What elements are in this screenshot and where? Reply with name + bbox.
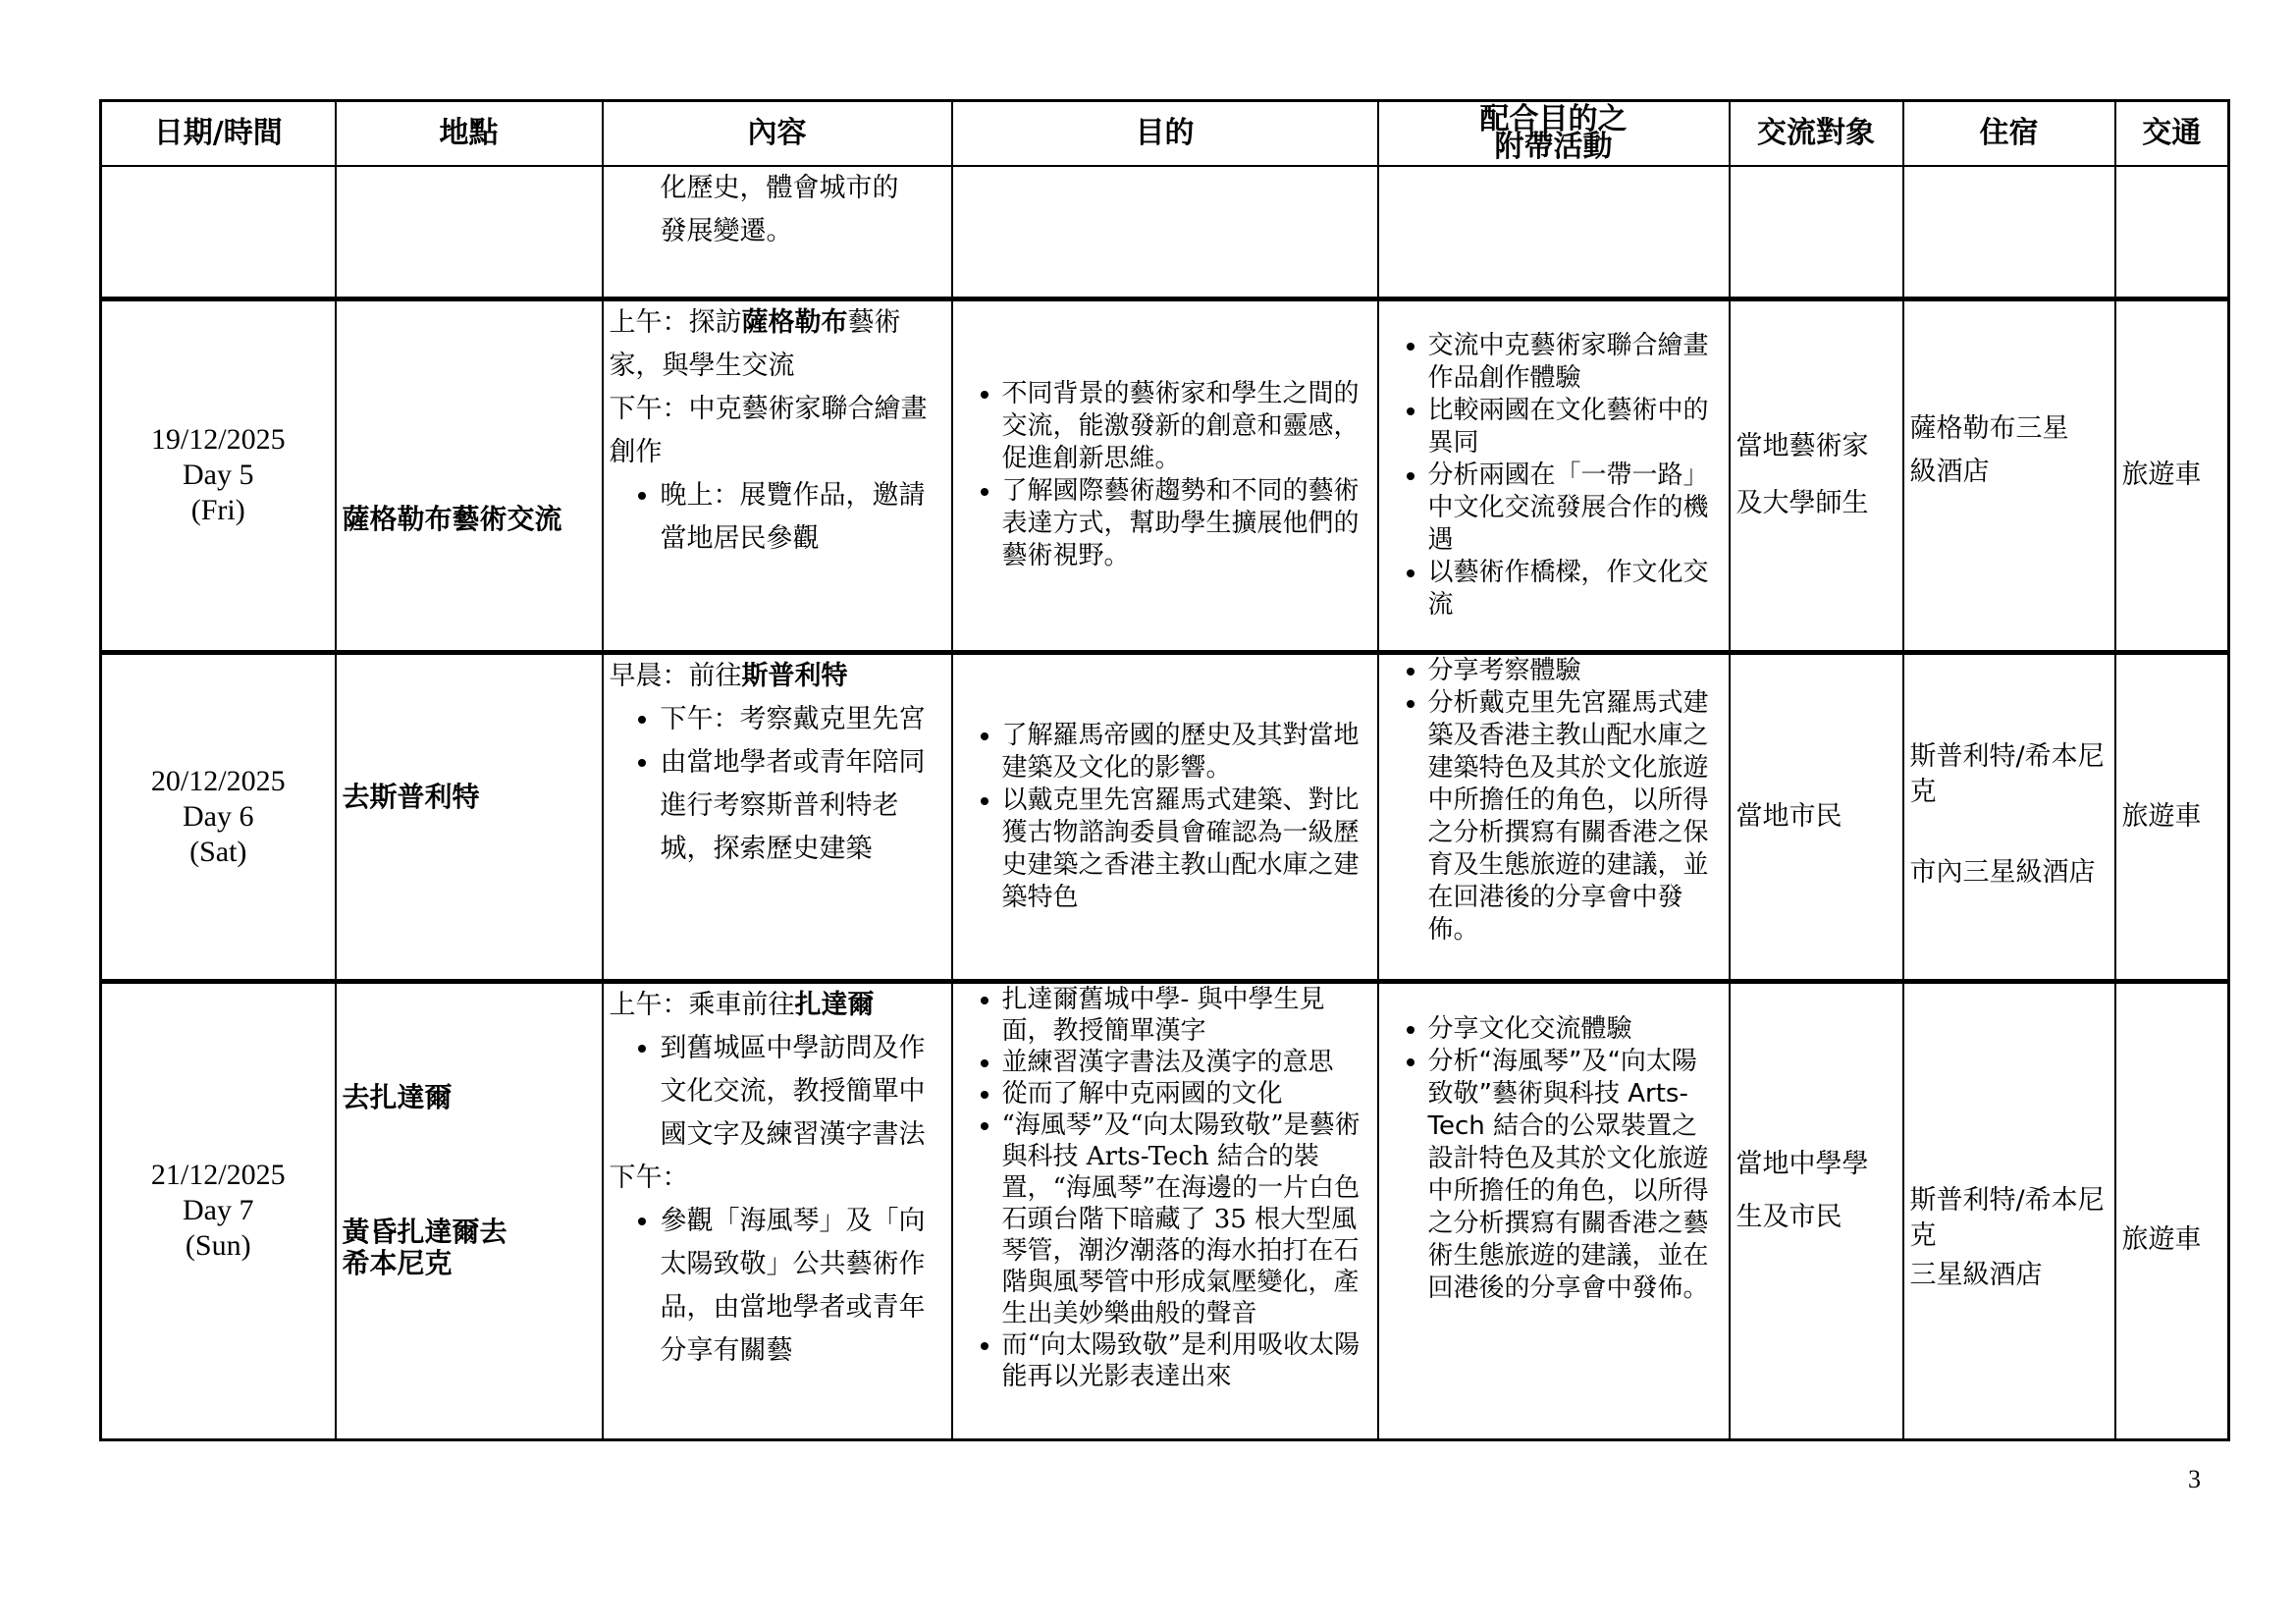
list-item: 到舊城區中學訪問及作文化交流，教授簡單中國文字及練習漢字書法 [661,1027,945,1157]
date-cell: 20/12/2025 Day 6 (Sat) [101,652,336,981]
list-item: 分析“海風琴”及“向太陽致敬”藝術與科技 Arts-Tech 結合的公眾裝置之設… [1428,1046,1723,1305]
cell-empty [1730,166,1903,298]
cell-empty [101,166,336,298]
header-purpose: 目的 [952,101,1378,167]
content-bullets: 晚上：展覽作品，邀請當地居民參觀 [610,474,945,561]
activities-cell: 分享考察體驗 分析戴克里先宮羅馬式建築及香港主教山配水庫之建築特色及其於文化旅遊… [1378,652,1730,981]
document-page: 日期/時間 地點 內容 目的 配合目的之 附帶活動 交流對象 住宿 交通 化歷史… [0,0,2296,1624]
continued-content-line: 發展變遷。 [661,210,945,253]
purpose-cell: 不同背景的藝術家和學生之間的交流，能激發新的創意和靈感，促進創新思維。 了解國際… [952,298,1378,652]
activities-list: 分享考察體驗 分析戴克里先宮羅馬式建築及香港主教山配水庫之建築特色及其於文化旅遊… [1385,655,1723,947]
cell-empty [336,166,603,298]
date-cell: 21/12/2025 Day 7 (Sun) [101,981,336,1439]
purpose-list: 扎達爾舊城中學- 與中學生見面，教授簡單漢字 並練習漢字書法及漢字的意思 從而了… [959,984,1371,1392]
list-item: 晚上：展覽作品，邀請當地居民參觀 [661,474,945,561]
header-row: 日期/時間 地點 內容 目的 配合目的之 附帶活動 交流對象 住宿 交通 [101,101,2229,167]
page-number: 3 [2188,1465,2201,1494]
header-exchange-target: 交流對象 [1730,101,1903,167]
day-label: Day 6 [108,799,329,835]
afternoon-line: 下午： [610,1157,945,1200]
weekday: (Fri) [108,493,329,528]
cell-empty [1378,166,1730,298]
list-item: 不同背景的藝術家和學生之間的交流，能激發新的創意和靈感，促進創新思維。 [1002,378,1371,475]
date-cell: 19/12/2025 Day 5 (Fri) [101,298,336,652]
header-transport: 交通 [2115,101,2229,167]
cell-empty [952,166,1378,298]
header-date: 日期/時間 [101,101,336,167]
continued-row: 化歷史，體會城市的 發展變遷。 [101,166,2229,298]
location-cell: 去扎達爾 黃昏扎達爾去希本尼克 [336,981,603,1439]
morning-line: 上午：乘車前往扎達爾 [610,984,945,1027]
list-item: 以戴克里先宮羅馬式建築、對比獲古物諮詢委員會確認為一級歷史建築之香港主教山配水庫… [1002,785,1371,914]
exchange-target-cell: 當地藝術家 及大學師生 [1730,298,1903,652]
header-location: 地點 [336,101,603,167]
accommodation-cell: 斯普利特/希本尼克 三星級酒店 [1903,981,2115,1439]
cell-empty [1903,166,2115,298]
activities-cell: 分享文化交流體驗 分析“海風琴”及“向太陽致敬”藝術與科技 Arts-Tech … [1378,981,1730,1439]
list-item: 分享考察體驗 [1428,655,1723,687]
exchange-target-cell: 當地中學學 生及市民 [1730,981,1903,1439]
table-row-day6: 20/12/2025 Day 6 (Sat) 去斯普利特 早晨：前往斯普利特 下… [101,652,2229,981]
location: 薩格勒布藝術交流 [343,504,596,535]
list-item: 了解國際藝術趨勢和不同的藝術表達方式，幫助學生擴展他們的藝術視野。 [1002,475,1371,572]
list-item: 以藝術作橋樑，作文化交流 [1428,557,1723,622]
date: 19/12/2025 [108,422,329,458]
location-cell: 去斯普利特 [336,652,603,981]
header-activities: 配合目的之 附帶活動 [1378,101,1730,167]
location: 黃昏扎達爾去希本尼克 [343,1217,529,1279]
list-item: 從而了解中克兩國的文化 [1002,1078,1371,1110]
list-item: 比較兩國在文化藝術中的異同 [1428,395,1723,460]
location: 去斯普利特 [343,782,596,813]
list-item: 了解羅馬帝國的歷史及其對當地建築及文化的影響。 [1002,720,1371,785]
header-content: 內容 [603,101,952,167]
cell-empty [2115,166,2229,298]
city-name: 斯普利特 [742,661,848,691]
purpose-list: 不同背景的藝術家和學生之間的交流，能激發新的創意和靈感，促進創新思維。 了解國際… [959,378,1371,572]
content-bullets: 下午：考察戴克里先宮 由當地學者或青年陪同進行考察斯普利特老城，探索歷史建築 [610,698,945,871]
list-item: 下午：考察戴克里先宮 [661,698,945,741]
list-item: 參觀「海風琴」及「向太陽致敬」公共藝術作品，由當地學者或青年分享有關藝 [661,1200,945,1373]
purpose-cell: 扎達爾舊城中學- 與中學生見面，教授簡單漢字 並練習漢字書法及漢字的意思 從而了… [952,981,1378,1439]
list-item: 分析兩國在「一帶一路」中文化交流發展合作的機遇 [1428,460,1723,557]
activities-cell: 交流中克藝術家聯合繪畫作品創作體驗 比較兩國在文化藝術中的異同 分析兩國在「一帶… [1378,298,1730,652]
date: 20/12/2025 [108,764,329,799]
list-item: 並練習漢字書法及漢字的意思 [1002,1047,1371,1078]
header-accommodation: 住宿 [1903,101,2115,167]
day-label: Day 5 [108,458,329,493]
date: 21/12/2025 [108,1158,329,1193]
accommodation-cell: 薩格勒布三星 級酒店 [1903,298,2115,652]
purpose-cell: 了解羅馬帝國的歷史及其對當地建築及文化的影響。 以戴克里先宮羅馬式建築、對比獲古… [952,652,1378,981]
activities-list: 交流中克藝術家聯合繪畫作品創作體驗 比較兩國在文化藝術中的異同 分析兩國在「一帶… [1385,330,1723,622]
continued-content-line: 化歷史，體會城市的 [661,167,945,210]
morning-line: 早晨：前往斯普利特 [610,655,945,698]
transport-cell: 旅遊車 [2115,981,2229,1439]
itinerary-table: 日期/時間 地點 內容 目的 配合目的之 附帶活動 交流對象 住宿 交通 化歷史… [99,99,2230,1441]
content-bullets: 參觀「海風琴」及「向太陽致敬」公共藝術作品，由當地學者或青年分享有關藝 [610,1200,945,1373]
list-item: 扎達爾舊城中學- 與中學生見面，教授簡單漢字 [1002,984,1371,1047]
day-label: Day 7 [108,1193,329,1228]
location-cell: 薩格勒布藝術交流 [336,298,603,652]
content-cell: 上午：探訪薩格勒布藝術家，與學生交流 下午：中克藝術家聯合繪畫創作 晚上：展覽作… [603,298,952,652]
content-bullets: 到舊城區中學訪問及作文化交流，教授簡單中國文字及練習漢字書法 [610,1027,945,1157]
content-cell: 早晨：前往斯普利特 下午：考察戴克里先宮 由當地學者或青年陪同進行考察斯普利特老… [603,652,952,981]
purpose-list: 了解羅馬帝國的歷史及其對當地建築及文化的影響。 以戴克里先宮羅馬式建築、對比獲古… [959,720,1371,914]
weekday: (Sun) [108,1228,329,1264]
accommodation-cell: 斯普利特/希本尼克 市內三星級酒店 [1903,652,2115,981]
exchange-target-cell: 當地市民 [1730,652,1903,981]
morning-line: 上午：探訪薩格勒布藝術家，與學生交流 [610,301,945,388]
activities-list: 分享文化交流體驗 分析“海風琴”及“向太陽致敬”藝術與科技 Arts-Tech … [1385,1013,1723,1305]
location: 去扎達爾 [343,1082,596,1113]
list-item: 分享文化交流體驗 [1428,1013,1723,1046]
continued-content-cell: 化歷史，體會城市的 發展變遷。 [603,166,952,298]
transport-cell: 旅遊車 [2115,652,2229,981]
list-item: 分析戴克里先宮羅馬式建築及香港主教山配水庫之建築特色及其於文化旅遊中所擔任的角色… [1428,687,1723,947]
city-name: 扎達爾 [795,990,875,1020]
table-row-day5: 19/12/2025 Day 5 (Fri) 薩格勒布藝術交流 上午：探訪薩格勒… [101,298,2229,652]
afternoon-line: 下午：中克藝術家聯合繪畫創作 [610,388,945,474]
city-name: 薩格勒布 [742,307,848,338]
list-item: 交流中克藝術家聯合繪畫作品創作體驗 [1428,330,1723,395]
weekday: (Sat) [108,835,329,870]
header-activities-line2: 附帶活動 [1385,134,1723,161]
transport-cell: 旅遊車 [2115,298,2229,652]
list-item: “海風琴”及“向太陽致敬”是藝術與科技 Arts-Tech 結合的裝置，“海風琴… [1002,1110,1371,1329]
list-item: 由當地學者或青年陪同進行考察斯普利特老城，探索歷史建築 [661,741,945,871]
table-row-day7: 21/12/2025 Day 7 (Sun) 去扎達爾 黃昏扎達爾去希本尼克 上… [101,981,2229,1439]
content-cell: 上午：乘車前往扎達爾 到舊城區中學訪問及作文化交流，教授簡單中國文字及練習漢字書… [603,981,952,1439]
list-item: 而“向太陽致敬”是利用吸收太陽能再以光影表達出來 [1002,1329,1371,1392]
